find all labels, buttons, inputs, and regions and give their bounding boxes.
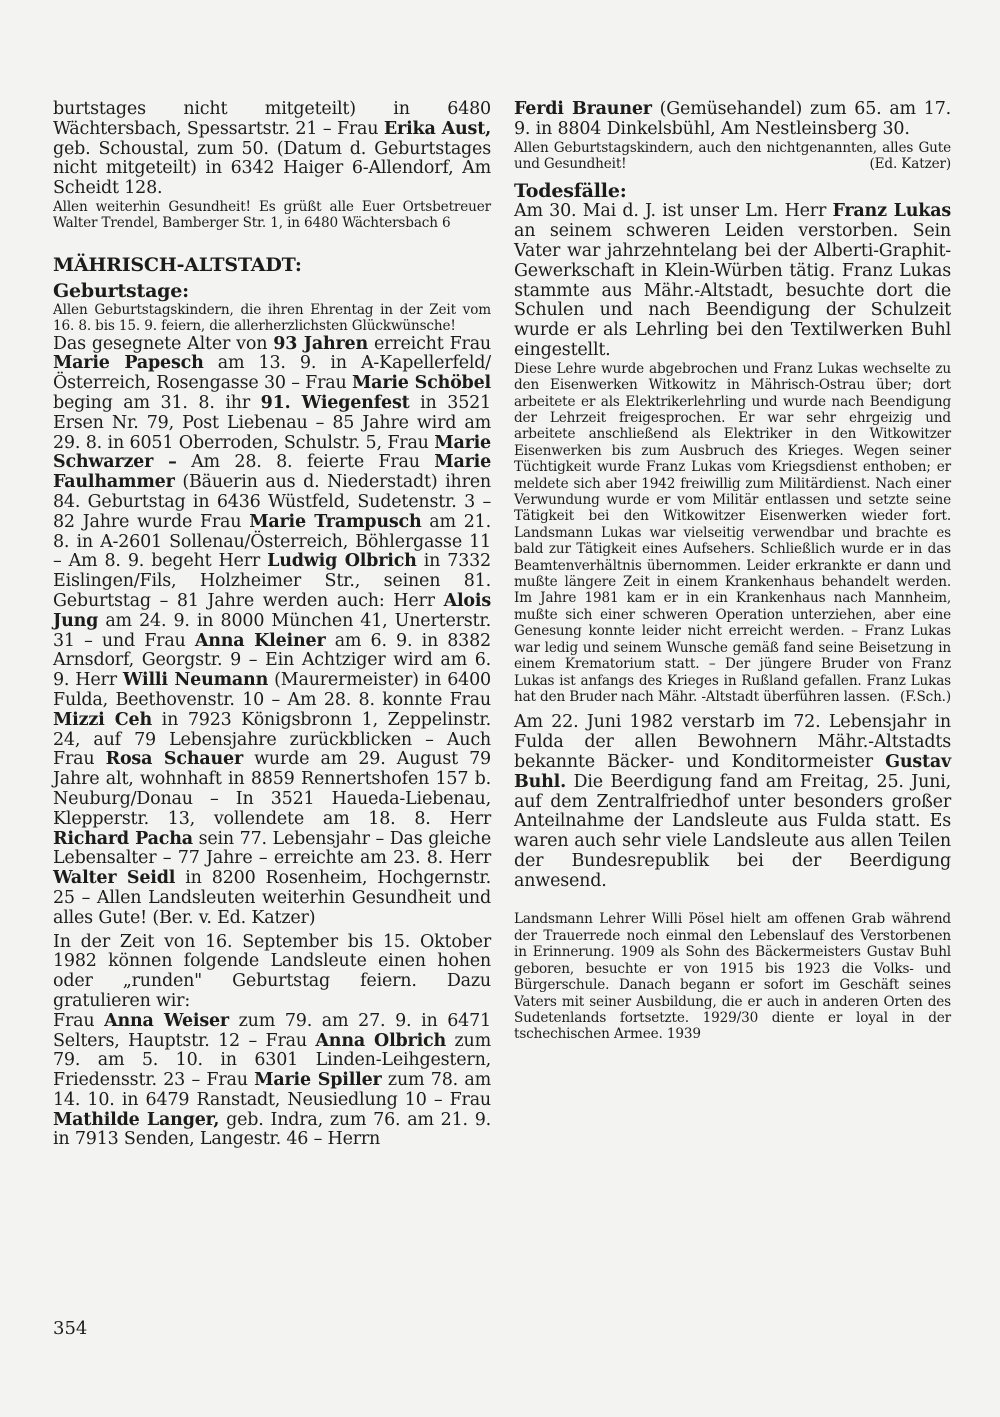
lukas-body-paragraph: Diese Lehre wurde abgebrochen und Franz … bbox=[514, 361, 951, 706]
left-column: burtstages nicht mitgeteilt) in 6480 Wäc… bbox=[53, 100, 491, 1150]
upcoming-list-continued: Ferdi Brauner (Gemüsehandel) zum 65. am … bbox=[514, 100, 951, 140]
person-name: Erika Aust, bbox=[384, 119, 491, 139]
person-name: Marie Papesch bbox=[53, 353, 204, 373]
upcoming-list: Frau Anna Weiser zum 79. am 27. 9. in 64… bbox=[53, 1012, 491, 1151]
lukas-lead-paragraph: Am 30. Mai d. J. ist unser Lm. Herr Fran… bbox=[514, 202, 951, 360]
text: Am 28. 8. feierte Frau bbox=[177, 452, 435, 472]
text: Frau bbox=[53, 1011, 104, 1031]
text: Am 30. Mai d. J. ist unser Lm. Herr bbox=[514, 201, 832, 221]
text: Diese Lehre wurde abgebrochen und Franz … bbox=[514, 361, 951, 705]
person-name: Mizzi Ceh bbox=[53, 710, 152, 730]
person-name: Richard Pacha bbox=[53, 829, 193, 849]
birthday-greeting: Allen Geburtstagskindern, die ihren Ehre… bbox=[53, 302, 491, 335]
emphasis: 91. Wiegenfest bbox=[261, 393, 410, 413]
intro-paragraph: burtstages nicht mitgeteilt) in 6480 Wäc… bbox=[53, 100, 491, 199]
wishes-paragraph: Allen Geburtstagskindern, auch den nicht… bbox=[514, 140, 951, 173]
person-name: Anna Weiser bbox=[104, 1011, 229, 1031]
person-name: Mathilde Langer, bbox=[53, 1110, 219, 1130]
text: Das gesegnete Alter von bbox=[53, 334, 273, 354]
person-name: Willi Neumann bbox=[123, 670, 268, 690]
person-name: Rosa Schauer bbox=[106, 749, 243, 769]
right-column: Ferdi Brauner (Gemüsehandel) zum 65. am … bbox=[514, 100, 951, 1043]
buhl-body-paragraph: Landsmann Lehrer Willi Pösel hielt am of… bbox=[514, 911, 951, 1042]
sub-heading-birthdays: Geburtstage: bbox=[53, 280, 491, 302]
emphasis: 93 Jahren bbox=[273, 334, 368, 354]
person-name: Franz Lukas bbox=[832, 201, 951, 221]
upcoming-intro: In der Zeit von 16. September bis 15. Ok… bbox=[53, 933, 491, 1012]
person-name: Walter Seidl bbox=[53, 868, 175, 888]
section-heading: MÄHRISCH-ALTSTADT: bbox=[53, 254, 491, 276]
person-name: Marie Schöbel bbox=[352, 373, 491, 393]
person-name: Marie Spiller bbox=[254, 1070, 381, 1090]
buhl-lead-paragraph: Am 22. Juni 1982 verstarb im 72. Lebensj… bbox=[514, 713, 951, 891]
text: erreicht Frau bbox=[368, 334, 491, 354]
closing-note: Allen weiterhin Gesundheit! Es grüßt all… bbox=[53, 199, 491, 232]
text: Die Beerdigung fand am Freitag, 25. Juni… bbox=[514, 772, 951, 891]
birthdays-paragraph: Das gesegnete Alter von 93 Jahren erreic… bbox=[53, 335, 491, 929]
author-signature: (F.Sch.) bbox=[900, 689, 951, 705]
person-name: Anna Kleiner bbox=[195, 631, 326, 651]
author-signature: (Ed. Katzer) bbox=[869, 156, 951, 172]
text: beging am 31. 8. ihr bbox=[53, 393, 261, 413]
page-number: 354 bbox=[53, 1318, 87, 1339]
person-name: Ludwig Olbrich bbox=[267, 551, 417, 571]
sub-heading-deaths: Todesfälle: bbox=[514, 180, 951, 202]
text: an seinem schweren Leiden verstorben. Se… bbox=[514, 221, 951, 360]
person-name: Anna Olbrich bbox=[315, 1031, 446, 1051]
text: geb. Schoustal, zum 50. (Datum d. Geburt… bbox=[53, 139, 491, 199]
person-name: Ferdi Brauner bbox=[514, 99, 652, 119]
person-name: Marie Trampusch bbox=[249, 512, 421, 532]
